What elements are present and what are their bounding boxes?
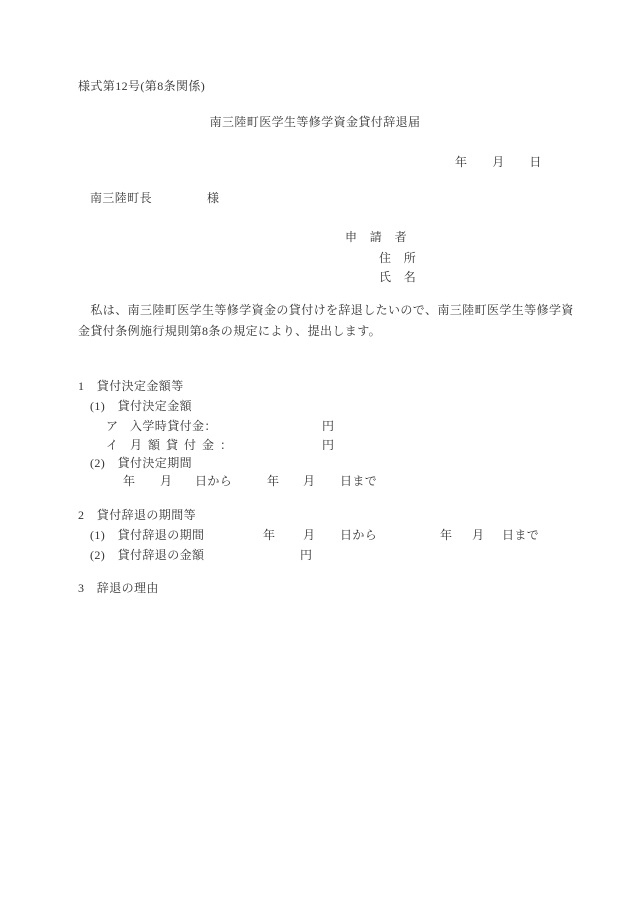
period1-year-to: 年	[267, 475, 279, 487]
document-title: 南三陸町医学生等修学資金貸付辞退届	[0, 116, 630, 128]
section1-row-a-kana: ア	[106, 420, 118, 432]
period2-day-to: 日まで	[502, 529, 539, 541]
section2-item2-unit: 円	[300, 549, 312, 561]
body-paragraph-line-1: 私は、南三陸町医学生等修学資金の貸付けを辞退したいので、南三陸町医学生等修学資	[78, 304, 574, 316]
section2-heading: 2 貸付辞退の期間等	[78, 509, 196, 521]
period1-day-to: 日まで	[340, 475, 377, 487]
body-paragraph-line-2: 金貸付条例施行規則第8条の規定により、提出します。	[78, 325, 381, 337]
section3-heading: 3 辞退の理由	[78, 582, 159, 594]
document-page: 様式第12号(第8条関係) 南三陸町医学生等修学資金貸付辞退届 年 月 日 南三…	[0, 0, 630, 903]
section2-item1-label: (1) 貸付辞退の期間	[90, 529, 204, 541]
addressee-line: 南三陸町長様	[90, 192, 219, 204]
date-blank-line: 年 月 日	[455, 156, 542, 168]
form-number: 様式第12号(第8条関係)	[78, 80, 205, 92]
addressee-name: 南三陸町長	[90, 191, 152, 205]
period2-year-to: 年	[440, 529, 452, 541]
period1-month-from: 月	[160, 475, 172, 487]
applicant-heading: 申 請 者	[345, 231, 407, 243]
period1-day-from: 日から	[195, 475, 232, 487]
section1-row-b-kana: イ	[106, 439, 118, 451]
section1-item1-label: (1) 貸付決定金額	[90, 400, 192, 412]
period2-month-from: 月	[303, 529, 315, 541]
section1-row-a-unit: 円	[322, 420, 334, 432]
section1-row-b-unit: 円	[322, 439, 334, 451]
period1-year-from: 年	[123, 475, 135, 487]
section2-item2-label: (2) 貸付辞退の金額	[90, 549, 204, 561]
section1-row-b-label: 月額貸付金：	[130, 439, 238, 451]
applicant-address-label: 住 所	[379, 252, 416, 264]
period2-month-to: 月	[472, 529, 484, 541]
applicant-name-label: 氏 名	[379, 271, 416, 283]
section1-item2-label: (2) 貸付決定期間	[90, 457, 192, 469]
section1-heading: 1 貸付決定金額等	[78, 380, 184, 392]
period1-month-to: 月	[303, 475, 315, 487]
section1-row-a-label: 入学時貸付金：	[130, 420, 217, 432]
period2-day-from: 日から	[340, 529, 377, 541]
period2-year-from: 年	[263, 529, 275, 541]
addressee-honorific: 様	[207, 191, 219, 205]
